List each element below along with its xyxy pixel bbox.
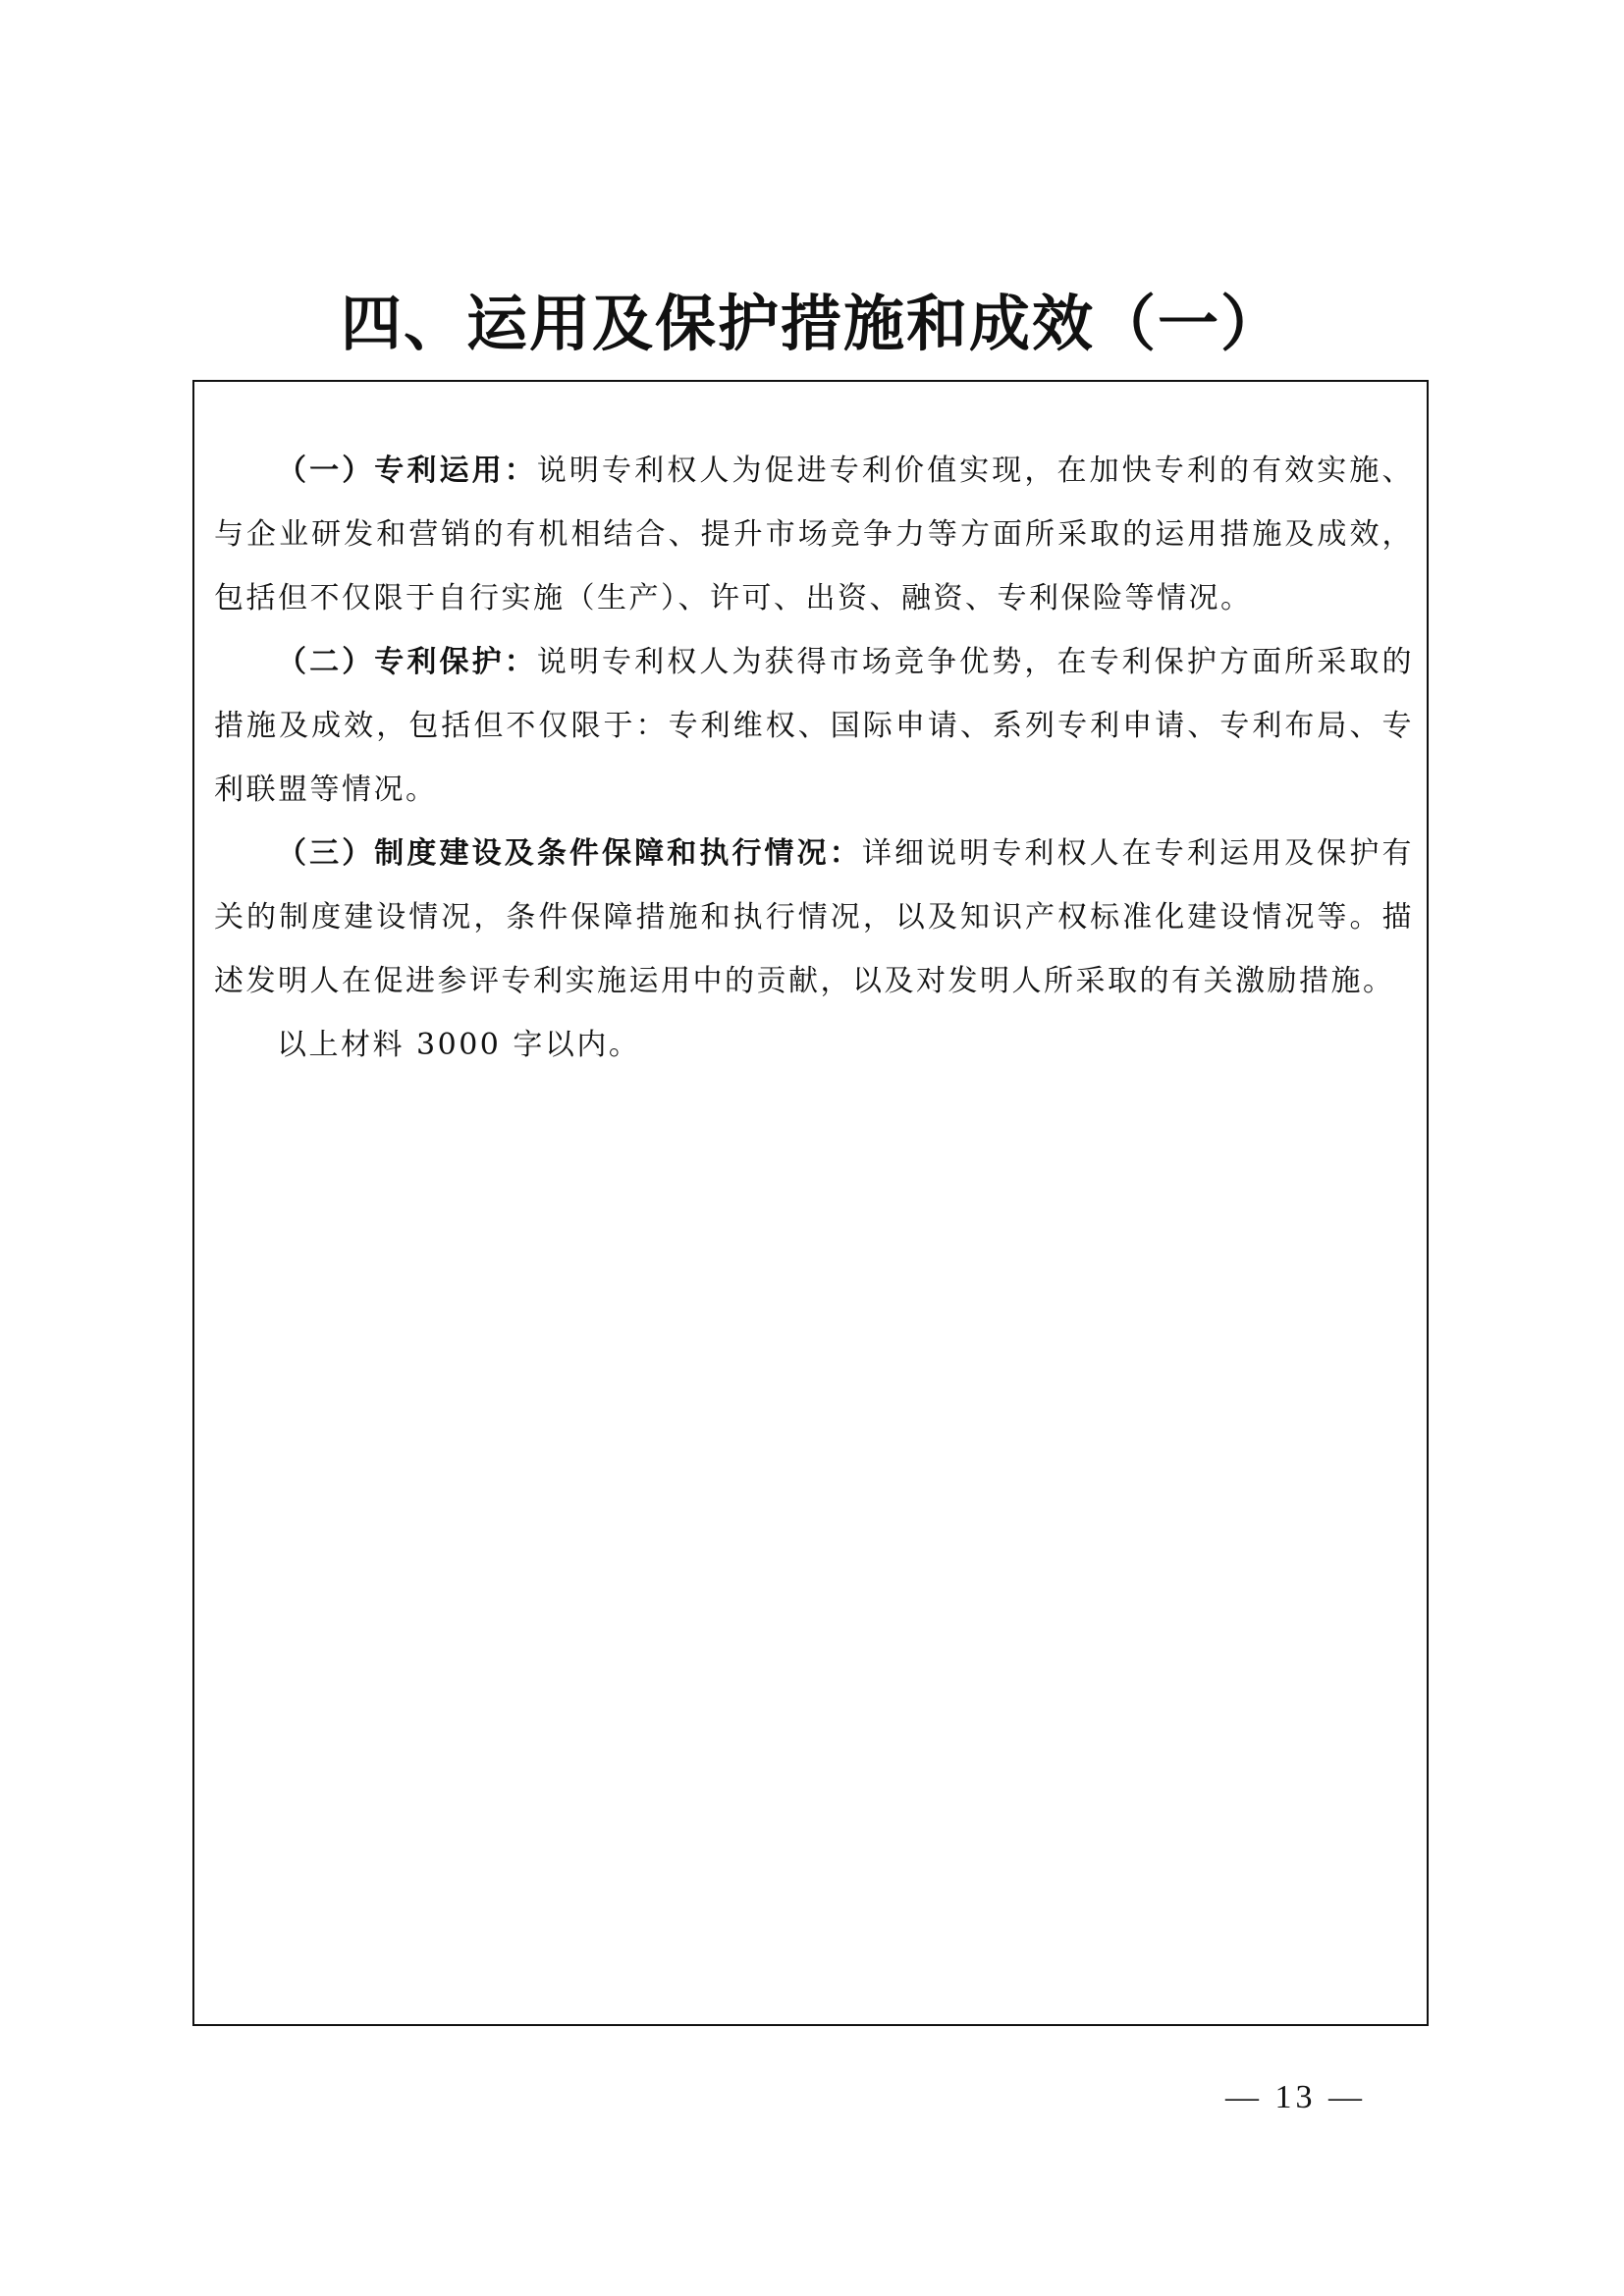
page-title: 四、运用及保护措施和成效（一）: [0, 285, 1624, 363]
section-system-building: （三）制度建设及条件保障和执行情况：详细说明专利权人在专利运用及保护有关的制度建…: [214, 822, 1414, 1013]
section-heading: （一）专利运用：: [277, 454, 537, 488]
page-number: — 13 —: [1225, 2073, 1366, 2122]
section-patent-application: （一）专利运用：说明专利权人为促进专利价值实现，在加快专利的有效实施、与企业研发…: [214, 439, 1414, 630]
word-limit-note: 以上材料 3000 字以内。: [214, 1013, 1414, 1077]
content-body: （一）专利运用：说明专利权人为促进专利价值实现，在加快专利的有效实施、与企业研发…: [214, 439, 1414, 1077]
section-heading: （二）专利保护：: [277, 645, 537, 679]
section-patent-protection: （二）专利保护：说明专利权人为获得市场竞争优势，在专利保护方面所采取的措施及成效…: [214, 630, 1414, 822]
content-box: （一）专利运用：说明专利权人为促进专利价值实现，在加快专利的有效实施、与企业研发…: [192, 380, 1429, 2026]
section-heading: （三）制度建设及条件保障和执行情况：: [277, 836, 862, 871]
